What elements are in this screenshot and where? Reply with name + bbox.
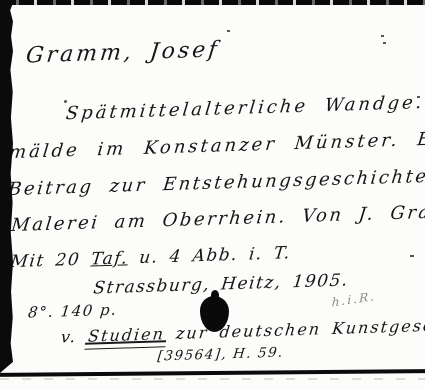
- scan-speck: [64, 100, 67, 103]
- scan-edge-left: [0, 3, 13, 373]
- pencil-annotation: h.i.R.: [332, 289, 377, 310]
- collation-line: Mit 20 Taf. u. 4 Abb. i. T.: [9, 243, 292, 272]
- scan-speck: [410, 255, 414, 257]
- accession-number-line: [39564], H. 59.: [157, 344, 285, 364]
- author-heading: Gramm, Josef: [25, 37, 221, 68]
- title-line-1: Spätmittelalterliche Wandge.: [65, 92, 425, 124]
- scan-edge-bottom-noise: [0, 378, 425, 380]
- catalog-card-scan: Gramm, Josef Spätmittelalterliche Wandge…: [0, 0, 425, 390]
- title-line-3: Beitrag zur Entstehungsgeschichte der: [7, 164, 425, 200]
- collation-suffix: u. 4 Abb. i. T.: [127, 243, 292, 268]
- scan-speck: [227, 30, 230, 32]
- title-line-2: mälde im Konstanzer Münster. Ein: [8, 128, 425, 163]
- scan-speck: [381, 35, 384, 37]
- scan-edge-top: [0, 0, 425, 5]
- format-line: 8°. 140 p.: [27, 301, 118, 322]
- series-underlined-word: Studien: [87, 324, 166, 345]
- scan-speck: [417, 96, 420, 98]
- title-line-4: Malerei am Oberrhein. Von J. Gramm.: [10, 200, 425, 236]
- imprint-line: Strassburg, Heitz, 1905.: [92, 270, 349, 298]
- scan-speck: [383, 42, 386, 44]
- collation-prefix: Mit 20: [9, 249, 92, 272]
- collation-underlined-word: Taf.: [90, 248, 129, 269]
